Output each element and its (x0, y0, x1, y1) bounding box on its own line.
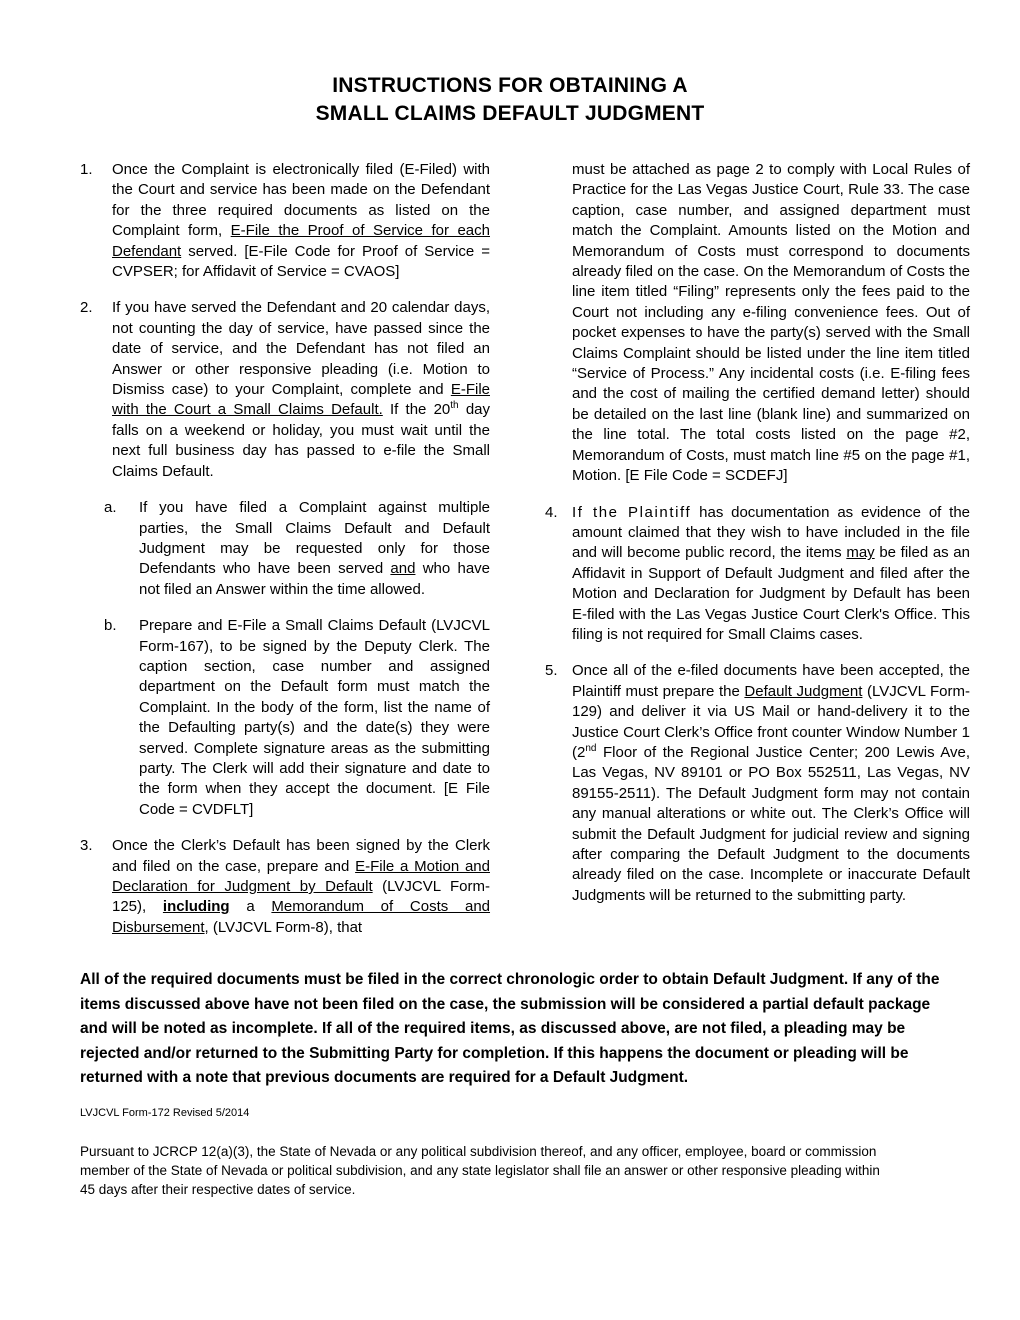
list-item-2b: b. Prepare and E-File a Small Claims Def… (104, 616, 490, 820)
list-item-5: 5. Once all of the e-filed documents hav… (545, 661, 970, 906)
item-2b-letter: b. (104, 616, 139, 820)
item-1-text: Once the Complaint is electronically fil… (112, 160, 490, 282)
list-item-1: 1. Once the Complaint is electronically … (80, 160, 490, 282)
item-1-number: 1. (80, 160, 112, 282)
page-title: INSTRUCTIONS FOR OBTAINING A SMALL CLAIM… (80, 72, 940, 128)
item-2b-text: Prepare and E-File a Small Claims Defaul… (139, 616, 490, 820)
item-5-number: 5. (545, 661, 572, 906)
list-item-2a: a. If you have filed a Complaint against… (104, 498, 490, 600)
item-2a-text: If you have filed a Complaint against mu… (139, 498, 490, 600)
item-2-number: 2. (80, 298, 112, 482)
item-3-continuation-text: must be attached as page 2 to comply wit… (572, 160, 970, 487)
list-item-4: 4. If the Plaintiff has documentation as… (545, 503, 970, 646)
list-item-2: 2. If you have served the Defendant and … (80, 298, 490, 482)
item-3-number: 3. (80, 836, 112, 938)
page-title-line-2: SMALL CLAIMS DEFAULT JUDGMENT (80, 100, 940, 128)
left-column: 1. Once the Complaint is electronically … (80, 160, 490, 938)
closing-paragraph: All of the required documents must be fi… (80, 968, 942, 1091)
form-identifier: LVJCVL Form-172 Revised 5/2014 (80, 1107, 970, 1120)
list-item-3-continuation: must be attached as page 2 to comply wit… (572, 160, 970, 487)
item-5-text: Once all of the e-filed documents have b… (572, 661, 970, 906)
page-title-line-1: INSTRUCTIONS FOR OBTAINING A (80, 72, 940, 100)
right-column: must be attached as page 2 to comply wit… (545, 160, 970, 938)
item-4-text: If the Plaintiff has documentation as ev… (572, 503, 970, 646)
item-3-text: Once the Clerk’s Default has been signed… (112, 836, 490, 938)
item-4-number: 4. (545, 503, 572, 646)
item-2-text: If you have served the Defendant and 20 … (112, 298, 490, 482)
document-page: INSTRUCTIONS FOR OBTAINING A SMALL CLAIM… (0, 0, 1020, 1320)
legal-note: Pursuant to JCRCP 12(a)(3), the State of… (80, 1142, 898, 1199)
item-2a-letter: a. (104, 498, 139, 600)
list-item-3: 3. Once the Clerk’s Default has been sig… (80, 836, 490, 938)
two-column-body: 1. Once the Complaint is electronically … (80, 160, 970, 938)
